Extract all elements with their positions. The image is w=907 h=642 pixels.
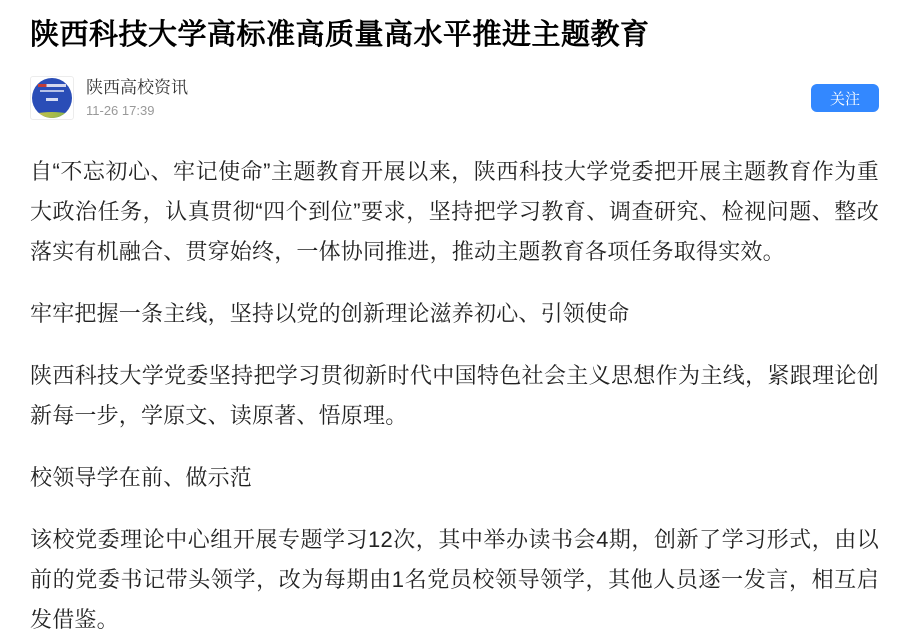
article-body: 自“不忘初心、牢记使命”主题教育开展以来，陕西科技大学党委把开展主题教育作为重大… bbox=[30, 152, 879, 640]
publish-date: 11-26 17:39 bbox=[86, 103, 188, 118]
author-info: 陕西高校资讯 11-26 17:39 bbox=[86, 78, 188, 118]
article-paragraph: 牢牢把握一条主线，坚持以党的创新理论滋养初心、引领使命 bbox=[30, 294, 879, 334]
article-paragraph: 陕西科技大学党委坚持把学习贯彻新时代中国特色社会主义思想作为主线，紧跟理论创新每… bbox=[30, 356, 879, 436]
author-name[interactable]: 陕西高校资讯 bbox=[86, 78, 188, 98]
page-title: 陕西科技大学高标准高质量高水平推进主题教育 bbox=[30, 16, 879, 54]
avatar[interactable] bbox=[30, 76, 74, 120]
author-row: 陕西高校资讯 11-26 17:39 关注 bbox=[30, 76, 879, 120]
follow-button[interactable]: 关注 bbox=[811, 84, 879, 112]
article-paragraph: 校领导学在前、做示范 bbox=[30, 458, 879, 498]
article-paragraph: 自“不忘初心、牢记使命”主题教育开展以来，陕西科技大学党委把开展主题教育作为重大… bbox=[30, 152, 879, 272]
article-paragraph: 该校党委理论中心组开展专题学习12次，其中举办读书会4期，创新了学习形式，由以前… bbox=[30, 520, 879, 640]
article-page: 陕西科技大学高标准高质量高水平推进主题教育 陕西高校资讯 11-26 17:39… bbox=[0, 0, 907, 642]
author-logo-icon bbox=[32, 78, 72, 118]
